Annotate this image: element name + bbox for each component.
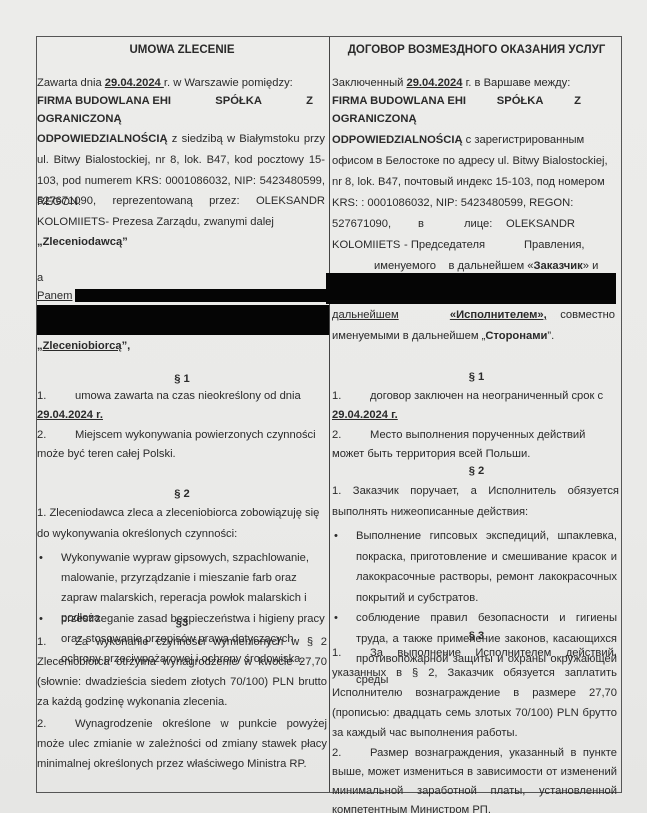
polish-and: a	[37, 269, 327, 288]
polish-s1-date: 29.04.2024 r.	[37, 406, 103, 425]
russian-representative-line: 527671090, в лице: OLEKSANDR	[332, 215, 621, 234]
polish-s2-p1: 1. Zleceniodawca zleca a zleceniobiorca …	[37, 503, 327, 545]
russian-title: ДОГОВОР ВОЗМЕЗДНОГО ОКАЗАНИЯ УСЛУГ	[332, 41, 621, 60]
polish-s1-p1: 1.umowa zawarta na czas nieokreślony od …	[37, 387, 327, 406]
polish-s1-p2: 2.Miejscem wykonywania powierzonych czyn…	[37, 426, 327, 445]
russian-s2-p1: 1. Заказчик поручает, а Исполнитель обяз…	[332, 481, 621, 523]
russian-company-line1: FIRMA BUDOWLANA EHI SPÓŁKA Z	[332, 92, 621, 111]
polish-contractor-term: „Zleceniobiorcą”,	[37, 337, 327, 356]
scanned-page: UMOWA ZLECENIE Zawarta dnia 29.04.2024 r…	[0, 0, 647, 813]
redacted-contractor-name	[75, 289, 327, 302]
russian-s1-heading: § 1	[332, 368, 621, 387]
russian-company-line2: OGRANICZONĄ	[332, 110, 621, 129]
russian-s3-p1: 1.За выполнение Исполнителем действий, у…	[332, 643, 621, 743]
redacted-contractor-details	[37, 305, 329, 335]
russian-s3-p2: 2.Размер вознаграждения, указанный в пун…	[332, 744, 621, 813]
russian-contractor-term-line: дальнейшем «Исполнителем», совместно	[332, 306, 621, 325]
russian-s1-date: 29.04.2024 г.	[332, 406, 398, 425]
russian-address-1: офисом в Белостоке по адресу ul. Bitwy B…	[332, 152, 621, 171]
russian-address-2: nr 8, lok. B47, почтовый индекс 15-103, …	[332, 173, 621, 192]
russian-contract-date: 29.04.2024	[406, 77, 462, 89]
russian-s1-p2: 2.Место выполнения порученных действий	[332, 426, 621, 445]
polish-contract-date: 29.04.2024	[105, 77, 164, 89]
russian-s2-heading: § 2	[332, 462, 621, 481]
column-divider	[329, 37, 330, 792]
polish-s3-heading: §3	[37, 614, 327, 633]
polish-intro: Zawarta dnia 29.04.2024 r. w Warszawie p…	[37, 74, 327, 93]
russian-s1-p1: 1.договор заключен на неограниченный сро…	[332, 387, 621, 406]
russian-parties-term: именуемыми в дальнейшем „Сторонами”.	[332, 327, 621, 346]
polish-company-line1: FIRMA BUDOWLANA EHI SPÓŁKA Z	[37, 92, 327, 111]
polish-s2-heading: § 2	[37, 485, 327, 504]
redacted-contractor-details	[326, 273, 616, 304]
polish-representative-line2: KOLOMIIETS- Prezesa Zarządu, zwanymi dal…	[37, 213, 327, 232]
polish-column: UMOWA ZLECENIE Zawarta dnia 29.04.2024 r…	[37, 37, 327, 792]
polish-client-term: „Zleceniodawcą”	[37, 233, 327, 252]
polish-s1-p2-cont: może być teren całej Polski.	[37, 445, 327, 464]
bilingual-contract-table: UMOWA ZLECENIE Zawarta dnia 29.04.2024 r…	[36, 36, 622, 793]
polish-representative-line: 527671090, reprezentowaną przez: OLEKSAN…	[37, 192, 327, 211]
polish-s3-p1: 1.Za wykonanie czynności wymienionych w …	[37, 632, 327, 712]
polish-s3-p2: 2.Wynagrodzenie określone w punkcie powy…	[37, 714, 327, 774]
polish-title: UMOWA ZLECENIE	[37, 41, 327, 60]
russian-company-line3: ODPOWIEDZIALNOŚCIĄ с зарегистрированным	[332, 131, 621, 150]
polish-company-line2: OGRANICZONĄ	[37, 110, 327, 129]
russian-s2-bullet: • Выполнение гипсовых экспедиций, шпакле…	[332, 526, 621, 608]
russian-column: ДОГОВОР ВОЗМЕЗДНОГО ОКАЗАНИЯ УСЛУГ Заклю…	[332, 37, 621, 792]
russian-representative-line2: KOLOMIIETS - Председателя Правления,	[332, 236, 621, 255]
russian-address-3: KRS: : 0001086032, NIP: 5423480599, REGO…	[332, 194, 621, 213]
bullet-icon: •	[332, 526, 356, 608]
russian-intro: Заключенный 29.04.2024 г. в Варшаве межд…	[332, 74, 621, 93]
